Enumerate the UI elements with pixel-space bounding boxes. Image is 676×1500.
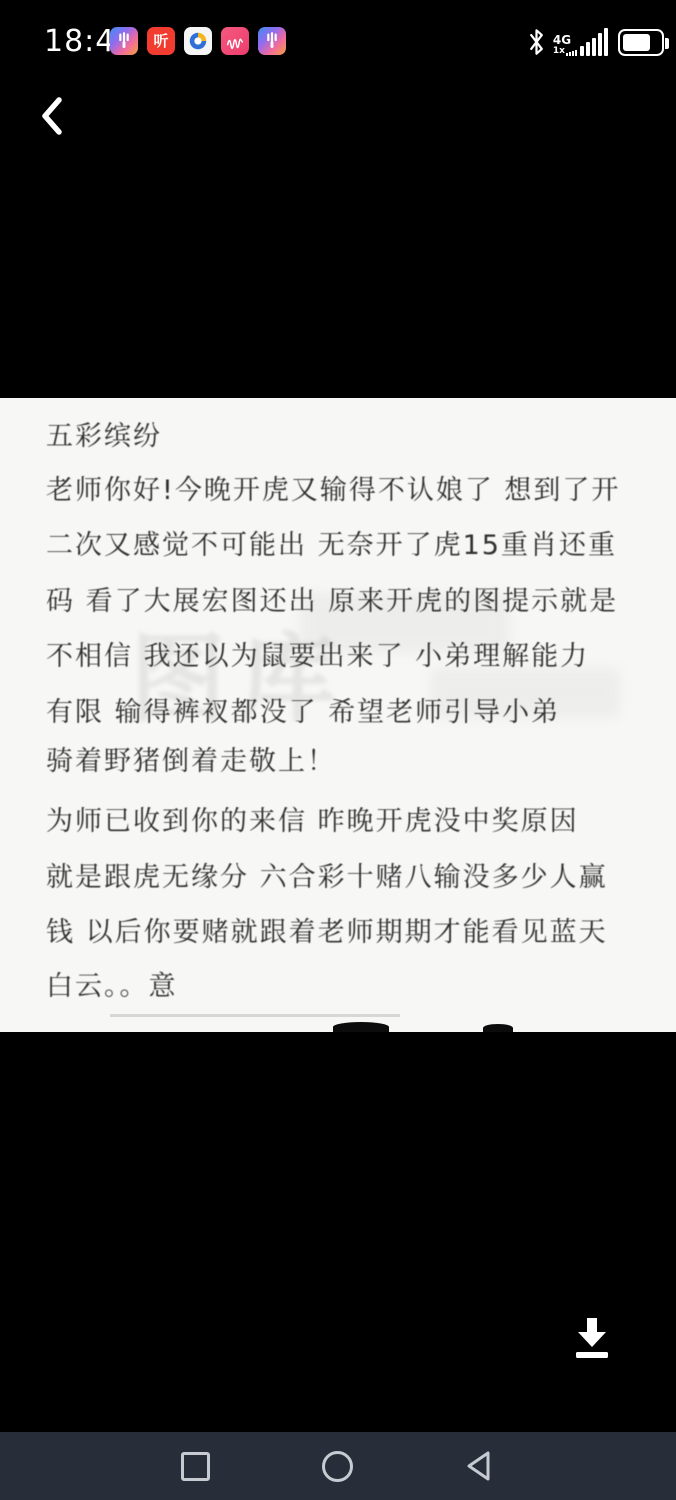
chevron-left-icon: [38, 95, 66, 137]
sim1-network-label: 4G: [553, 34, 571, 46]
bluetooth-icon: [528, 26, 545, 58]
nav-home-button[interactable]: [297, 1432, 377, 1500]
nav-back-button[interactable]: [440, 1432, 520, 1500]
cutoff-shape: [333, 1022, 389, 1032]
letter-line: 骑着野猪倒着走敬上！: [46, 739, 646, 778]
notification-icons: 听: [110, 27, 286, 55]
letter-line: 二次又感觉不可能出 无奈开了虎15重肖还重: [46, 523, 646, 562]
sim-labels: 4G 1x: [553, 34, 577, 56]
letter-line: 老师你好!今晚开虎又输得不认娘了 想到了开: [46, 468, 646, 507]
cutoff-shape-2: [483, 1024, 513, 1032]
battery-nub: [665, 38, 669, 49]
letter-line: 码 看了大展宏图还出 原来开虎的图提示就是: [46, 579, 646, 618]
phone-screen: 18:49 听: [0, 0, 676, 1500]
image-view[interactable]: 图库 五彩缤纷 老师你好!今晚开虎又输得不认娘了 想到了开 二次又感觉不可能出 …: [0, 398, 676, 1032]
nav-recents-button[interactable]: [155, 1432, 235, 1500]
paint-app-icon: [110, 27, 138, 55]
battery-fill: [623, 34, 650, 51]
paint-app-icon-2: [258, 27, 286, 55]
letter-line: 钱 以后你要赌就跟着老师期期才能看见蓝天: [46, 910, 646, 949]
listen-app-glyph: 听: [153, 34, 168, 49]
cell-signal: 4G 1x: [553, 28, 608, 56]
download-icon: [572, 1314, 612, 1366]
download-button[interactable]: [568, 1310, 616, 1370]
back-triangle-icon: [463, 1449, 497, 1483]
sim2-signal-bars: [566, 50, 577, 56]
letter-line: 就是跟虎无缘分 六合彩十赌八输没多少人赢: [46, 855, 646, 894]
navigation-bar: [0, 1432, 676, 1500]
back-button[interactable]: [30, 92, 74, 140]
cutoff-text-remnant: [110, 1014, 400, 1017]
home-circle-icon: [322, 1451, 353, 1482]
swirl-app-icon: [184, 27, 212, 55]
listen-app-icon: 听: [147, 27, 175, 55]
battery-icon: [618, 29, 664, 56]
video-app-icon: [221, 27, 249, 55]
letter-line: 五彩缤纷: [46, 414, 646, 453]
recents-square-icon: [181, 1452, 210, 1481]
letter-line: 白云。。意: [46, 964, 646, 1003]
letter-line: 不相信 我还以为鼠要出来了 小弟理解能力: [46, 634, 646, 673]
sim2-network-label: 1x: [553, 46, 565, 56]
sim1-signal-bars: [580, 28, 608, 56]
letter-line: 为师已收到你的来信 昨晚开虎没中奖原因: [46, 799, 646, 838]
status-bar: 18:49 听: [0, 0, 676, 70]
status-right-cluster: 4G 1x: [528, 24, 664, 60]
letter-line: 有限 输得裤衩都没了 希望老师引导小弟: [46, 690, 646, 729]
